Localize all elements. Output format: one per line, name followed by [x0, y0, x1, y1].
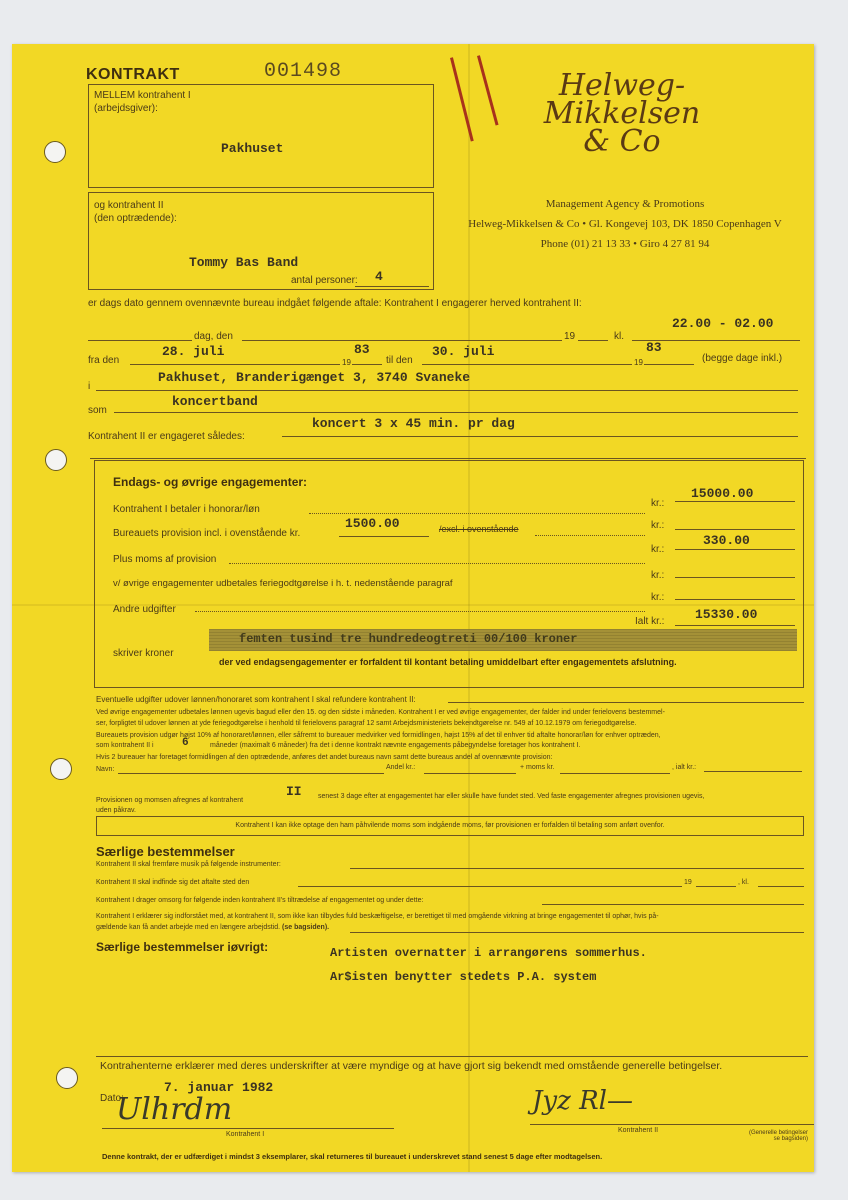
to-year[interactable]: 83: [646, 340, 662, 355]
fee-label: Kontrahent I betaler i honorar/løn: [113, 503, 260, 516]
signature-declaration: Kontrahenterne erklærer med deres unders…: [100, 1060, 722, 1072]
agency-tagline: Management Agency & Promotions: [450, 194, 800, 214]
months-value[interactable]: 6: [182, 737, 189, 749]
terms-two-agencies: Hvis 2 bureauer har foretaget formidling…: [96, 753, 552, 763]
persons-label: antal personer:: [291, 274, 358, 287]
place-value[interactable]: Pakhuset, Branderigænget 3, 3740 Svaneke: [158, 370, 470, 385]
terminate-ref: (se bagsiden).: [282, 924, 329, 931]
kr-label: kr.:: [651, 591, 664, 604]
return-note: Denne kontrakt, der er udfærdiget i mind…: [102, 1152, 602, 1161]
commission-value[interactable]: 1500.00: [345, 516, 400, 531]
as-label: som: [88, 404, 107, 417]
terms-weekly-pay-a: Ved øvrige engagementer udbetales lønnen…: [96, 708, 808, 718]
to-date[interactable]: 30. juli: [432, 344, 494, 359]
terms-refund: Eventuelle udgifter udover lønnen/honora…: [96, 694, 416, 705]
fee-value[interactable]: 15000.00: [691, 486, 753, 501]
settle-text: senest 3 dage efter at engagementet har …: [318, 792, 704, 802]
terminate-text-b: gældende kan få andet arbejde med en læn…: [96, 923, 329, 933]
from-label: fra den: [88, 354, 119, 367]
both-days-note: (begge dage inkl.): [702, 352, 782, 365]
payment-heading: Endags- og øvrige engagementer:: [113, 475, 307, 489]
terms-commission-b-pre: som kontrahent II i: [96, 741, 154, 751]
party1-sublabel: (arbejdsgiver):: [94, 102, 158, 115]
to-label: til den: [386, 354, 413, 367]
kr-label: kr.:: [651, 497, 664, 510]
arrive-time-label: , kl.: [738, 878, 749, 888]
signature-party1-icon: Ulhrdm: [116, 1092, 232, 1127]
other-line-2[interactable]: Ar$isten benytter stedets P.A. system: [330, 970, 596, 984]
time-value[interactable]: 22.00 - 02.00: [672, 316, 773, 331]
instruments-label: Kontrahent II skal fremføre musik på føl…: [96, 860, 281, 870]
party2-label: og kontrahent II: [94, 199, 164, 212]
terminate-text-b-main: gældende kan få andet arbejde med en læn…: [96, 924, 280, 931]
payment-box: Endags- og øvrige engagementer: Kontrahe…: [94, 460, 804, 688]
provide-label: Kontrahent I drager omsorg for følgende …: [96, 896, 423, 906]
settle-label: Provisionen og momsen afregnes af kontra…: [96, 796, 243, 806]
share-label: Andel kr.:: [386, 763, 415, 773]
party1-label: MELLEM kontrahent I: [94, 89, 191, 102]
party2-sublabel: (den optrædende):: [94, 212, 177, 225]
punch-hole-icon: [56, 1067, 78, 1089]
contract-number: 001498: [264, 60, 342, 83]
red-pen-mark-icon: [477, 55, 499, 125]
party1-value[interactable]: Pakhuset: [221, 141, 283, 156]
commission-excl-struck: /excl. i ovenstående: [439, 523, 519, 536]
from-date[interactable]: 28. juli: [162, 344, 224, 359]
party2-box: og kontrahent II (den optrædende): Tommy…: [88, 192, 434, 290]
punch-hole-icon: [44, 141, 66, 163]
party1-box: MELLEM kontrahent I (arbejdsgiver): Pakh…: [88, 84, 434, 188]
written-amount-value: femten tusind tre hundredeogtreti 00/100…: [239, 632, 577, 646]
terminate-text-a: Kontrahent I erklærer sig indforstået me…: [96, 912, 808, 922]
party2-sign-label: Kontrahent II: [618, 1126, 658, 1136]
terms-weekly-pay-b: ser, forpligtet til udover lønnen at yde…: [96, 719, 808, 729]
holiday-pay-label: v/ øvrige engagementer udbetales feriego…: [113, 577, 453, 590]
persons-value[interactable]: 4: [375, 269, 383, 284]
agency-address: Helweg-Mikkelsen & Co • Gl. Kongevej 103…: [450, 214, 800, 234]
vat-note: Kontrahent I kan ikke optage den ham påh…: [97, 821, 803, 831]
settle-tail: uden påkrav.: [96, 806, 136, 816]
kr-label: kr.:: [651, 543, 664, 556]
signature-party2-icon: Jyz Rl—: [532, 1086, 633, 1116]
logo-line-3: & Co: [532, 128, 712, 156]
total-label: Ialt kr.:: [635, 615, 664, 628]
time-label: kl.: [614, 330, 624, 343]
agency-phone: Phone (01) 21 13 33 • Giro 4 27 81 94: [450, 234, 800, 254]
engaged-label: Kontrahent II er engageret således:: [88, 430, 245, 443]
red-pen-mark-icon: [450, 57, 474, 141]
vat-label: Plus moms af provision: [113, 553, 216, 566]
vat-share-label: + moms kr.: [520, 763, 554, 773]
as-value[interactable]: koncertband: [172, 394, 258, 409]
commission-label: Bureauets provision incl. i ovenstående …: [113, 527, 300, 540]
punch-hole-icon: [50, 758, 72, 780]
written-label: skriver kroner: [113, 647, 174, 660]
punch-hole-icon: [45, 449, 67, 471]
vat-note-box: Kontrahent I kan ikke optage den ham påh…: [96, 816, 804, 836]
engaged-value[interactable]: koncert 3 x 45 min. pr dag: [312, 416, 515, 431]
from-year[interactable]: 83: [354, 342, 370, 357]
total-value[interactable]: 15330.00: [695, 607, 757, 622]
place-label: i: [88, 380, 90, 393]
other-heading: Særlige bestemmelser iøvrigt:: [96, 940, 268, 954]
contract-sheet: KONTRAKT 001498 MELLEM kontrahent I (arb…: [12, 44, 814, 1172]
agency-details: Management Agency & Promotions Helweg-Mi…: [450, 194, 800, 254]
day-label: dag, den: [194, 330, 233, 343]
agency-name-label: Navn:: [96, 765, 114, 775]
party2-value[interactable]: Tommy Bas Band: [189, 255, 298, 270]
other-expenses-label: Andre udgifter: [113, 603, 176, 616]
year-prefix: 19: [342, 356, 351, 369]
party1-sign-label: Kontrahent I: [226, 1130, 264, 1140]
terms-commission-a: Bureauets provision udgør højst 10% af h…: [96, 731, 808, 741]
back-note: (Generelle betingelser se bagsiden): [746, 1130, 808, 1142]
kr-label: kr.:: [651, 519, 664, 532]
share-total-label: , ialt kr.:: [672, 763, 696, 773]
arrive-label: Kontrahent II skal indfinde sig det afta…: [96, 878, 249, 888]
kr-label: kr.:: [651, 569, 664, 582]
agreement-intro: er dags dato gennem ovennævnte bureau in…: [88, 297, 582, 310]
written-amount-field[interactable]: femten tusind tre hundredeogtreti 00/100…: [209, 629, 797, 651]
special-heading: Særlige bestemmelser: [96, 844, 235, 859]
vat-value[interactable]: 330.00: [703, 533, 750, 548]
arrive-year: 19: [684, 878, 692, 888]
year-prefix: 19: [634, 356, 643, 369]
year-prefix: 19: [564, 330, 575, 343]
due-note: der ved endagsengagementer er forfaldent…: [219, 657, 677, 667]
settle-party-value[interactable]: II: [286, 784, 302, 799]
back-note-line-2: se bagsiden): [746, 1136, 808, 1142]
contract-title: KONTRAKT: [86, 66, 180, 84]
other-line-1[interactable]: Artisten overnatter i arrangørens sommer…: [330, 946, 647, 960]
terms-commission-b-post: måneder (maximalt 6 måneder) fra det i d…: [210, 741, 580, 751]
agency-logo: Helweg- Mikkelsen & Co: [532, 72, 712, 156]
